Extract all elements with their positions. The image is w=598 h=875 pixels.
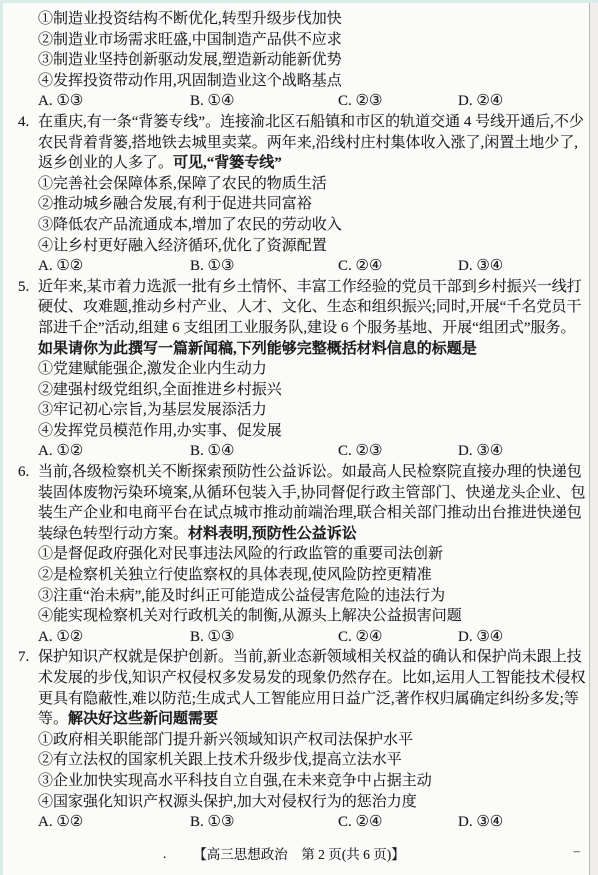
option-item: ①制造业投资结构不断优化,转型升级步伐加快 bbox=[38, 9, 586, 30]
option-item: ③牢记初心宗旨,为基层发展添活力 bbox=[38, 400, 586, 421]
question-stem-bold: 材料表明,预防性公益诉讼 bbox=[188, 526, 357, 542]
choices-row: A. ①② B. ①④ C. ②③ D. ③④ bbox=[38, 441, 586, 462]
option-item: ①完善社会保障体系,保障了农民的物质生活 bbox=[38, 174, 586, 195]
choice-option-c: C. ②④ bbox=[338, 627, 458, 648]
question-block: ①制造业投资结构不断优化,转型升级步伐加快 ②制造业市场需求旺盛,中国制造产品供… bbox=[18, 9, 586, 112]
option-item: ②建强村级党组织,全面推进乡村振兴 bbox=[38, 380, 586, 401]
question-block: 4. 在重庆,有一条“背篓专线”。连接渝北区石船镇和市区的轨道交通 4 号线开通… bbox=[18, 112, 586, 277]
option-item: ③注重“治未病”,能及时纠正可能造成公益侵害危险的违法行为 bbox=[38, 586, 586, 607]
choices-row: A. ①② B. ①③ C. ②④ D. ③④ bbox=[38, 627, 586, 648]
option-item: ②制造业市场需求旺盛,中国制造产品供不应求 bbox=[38, 30, 586, 51]
option-item: ④国家强化知识产权源头保护,加大对侵权行为的惩治力度 bbox=[38, 792, 586, 813]
option-item: ①党建赋能强企,激发企业内生动力 bbox=[38, 359, 586, 380]
choice-option-d: D. ③④ bbox=[458, 627, 586, 648]
question-stem: 保护知识产权就是保护创新。当前,新业态新领域相关权益的确认和保护尚未跟上技术发展… bbox=[38, 647, 586, 729]
choice-option-b: B. ①③ bbox=[190, 256, 338, 277]
page-footer: . 【高三思想政治 第 2 页(共 6 页)】 bbox=[0, 847, 598, 863]
option-item: ②是检察机关独立行使监察权的具体表现,使风险防控更精准 bbox=[38, 565, 586, 586]
question-stem: 当前,各级检察机关不断探索预防性公益诉讼。如最高人民检察院直接办理的快递包装固体… bbox=[38, 462, 586, 544]
scan-edge-top bbox=[0, 0, 598, 3]
question-number: 4. bbox=[18, 112, 38, 174]
exam-page: ①制造业投资结构不断优化,转型升级步伐加快 ②制造业市场需求旺盛,中国制造产品供… bbox=[0, 0, 598, 875]
choice-option-d: D. ③④ bbox=[458, 812, 586, 833]
choice-option-c: C. ②③ bbox=[338, 91, 458, 112]
option-item: ②推动城乡融合发展,有利于促进共同富裕 bbox=[38, 194, 586, 215]
choice-option-a: A. ①② bbox=[38, 627, 190, 648]
option-item: ②有立法权的国家机关跟上技术升级步伐,提高立法水平 bbox=[38, 750, 586, 771]
question-stem-bold: 解决好这些新问题需要 bbox=[68, 711, 218, 727]
choice-option-c: C. ②④ bbox=[338, 812, 458, 833]
choice-option-d: D. ③④ bbox=[458, 256, 586, 277]
option-item: ③制造业坚持创新驱动发展,塑造新动能新优势 bbox=[38, 50, 586, 71]
question-number: 7. bbox=[18, 647, 38, 729]
choice-option-a: A. ①② bbox=[38, 256, 190, 277]
option-item: ①政府相关职能部门提升新兴领域知识产权司法保护水平 bbox=[38, 730, 586, 751]
choices-row: A. ①② B. ①③ C. ②④ D. ③④ bbox=[38, 256, 586, 277]
choice-option-b: B. ①④ bbox=[190, 441, 338, 462]
choices-row: A. ①② B. ①③ C. ②④ D. ③④ bbox=[38, 812, 586, 833]
question-stem-text: 近年来,某市着力选派一批有乡土情怀、丰富工作经验的党员干部到乡村振兴一线打硬仗、… bbox=[38, 279, 582, 336]
choice-option-d: D. ②④ bbox=[458, 91, 586, 112]
choice-option-c: C. ②④ bbox=[338, 256, 458, 277]
option-item: ④让乡村更好融入经济循环,优化了资源配置 bbox=[38, 236, 586, 257]
option-item: ③降低农产品流通成本,增加了农民的劳动收入 bbox=[38, 215, 586, 236]
choice-option-b: B. ①④ bbox=[190, 91, 338, 112]
option-item: ④发挥党员模范作用,办实事、促发展 bbox=[38, 421, 586, 442]
option-item: ④能实现检察机关对行政机关的制衡,从源头上解决公益损害问题 bbox=[38, 606, 586, 627]
page-content: ①制造业投资结构不断优化,转型升级步伐加快 ②制造业市场需求旺盛,中国制造产品供… bbox=[18, 9, 586, 833]
scan-edge-right bbox=[589, 0, 598, 875]
footer-text: 【高三思想政治 第 2 页(共 6 页)】 bbox=[193, 847, 405, 862]
choice-option-a: A. ①② bbox=[38, 812, 190, 833]
question-stem: 在重庆,有一条“背篓专线”。连接渝北区石船镇和市区的轨道交通 4 号线开通后,不… bbox=[38, 112, 586, 174]
option-item: ③企业加快实现高水平科技自立自强,在未来竞争中占据主动 bbox=[38, 771, 586, 792]
choice-option-b: B. ①③ bbox=[190, 812, 338, 833]
question-number: 5. bbox=[18, 277, 38, 359]
option-item: ④发挥投资带动作用,巩固制造业这个战略基点 bbox=[38, 71, 586, 92]
choice-option-a: A. ①② bbox=[38, 441, 190, 462]
choice-option-b: B. ①③ bbox=[190, 627, 338, 648]
option-item: ①是督促政府强化对民事违法风险的行政监管的重要司法创新 bbox=[38, 544, 586, 565]
scan-dash-mark: – bbox=[574, 843, 581, 859]
choice-option-d: D. ③④ bbox=[458, 441, 586, 462]
question-block: 7. 保护知识产权就是保护创新。当前,新业态新领域相关权益的确认和保护尚未跟上技… bbox=[18, 647, 586, 832]
question-stem-bold: 可见,“背篓专线” bbox=[173, 155, 282, 171]
question-block: 5. 近年来,某市着力选派一批有乡土情怀、丰富工作经验的党员干部到乡村振兴一线打… bbox=[18, 277, 586, 462]
footer-dot: . bbox=[163, 846, 166, 862]
question-block: 6. 当前,各级检察机关不断探索预防性公益诉讼。如最高人民检察院直接办理的快递包… bbox=[18, 462, 586, 647]
scan-edge-left bbox=[0, 0, 3, 875]
question-stem-bold: 如果请你为此撰写一篇新闻稿,下列能够完整概括材料信息的标题是 bbox=[38, 341, 477, 357]
choice-option-c: C. ②③ bbox=[338, 441, 458, 462]
choice-option-a: A. ①③ bbox=[38, 91, 190, 112]
question-stem: 近年来,某市着力选派一批有乡土情怀、丰富工作经验的党员干部到乡村振兴一线打硬仗、… bbox=[38, 277, 586, 359]
question-stem-text: 在重庆,有一条“背篓专线”。连接渝北区石船镇和市区的轨道交通 4 号线开通后,不… bbox=[38, 114, 584, 171]
question-number: 6. bbox=[18, 462, 38, 544]
choices-row: A. ①③ B. ①④ C. ②③ D. ②④ bbox=[38, 91, 586, 112]
